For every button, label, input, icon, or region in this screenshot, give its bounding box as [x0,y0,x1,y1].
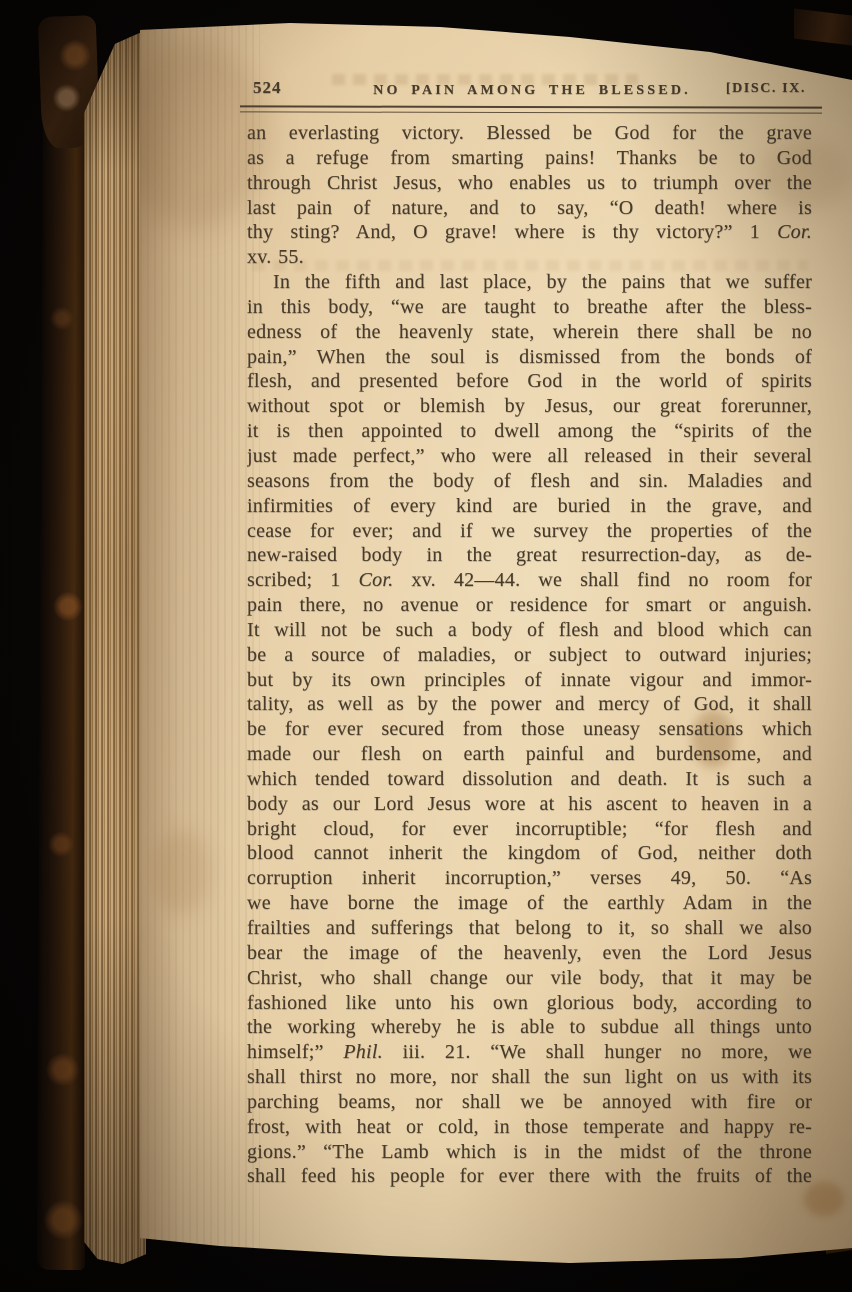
text-line: it is then appointed to dwell among the … [247,419,812,444]
text-line: frost, with heat or cold, in those tempe… [247,1115,812,1140]
text-line: parching beams, nor shall we be annoyed … [247,1090,812,1115]
cover-corner-top-right [794,8,852,45]
text-line: new-raised body in the great resurrectio… [247,543,812,568]
text-line: which tended toward dissolution and deat… [247,767,812,792]
text-line: without spot or blemish by Jesus, our gr… [247,394,812,419]
text-line: made our flesh on earth painful and burd… [247,742,812,767]
page-edge-stack [84,24,146,1264]
text-line: just made perfect,” who were all release… [247,444,812,469]
text-line: It will not be such a body of flesh and … [247,618,812,643]
text-line: be for ever secured from those uneasy se… [247,717,812,742]
text-line: Christ, who shall change our vile body, … [247,966,812,991]
text-line: xv. 55. [247,245,812,270]
text-line: cease for ever; and if we survey the pro… [247,519,812,544]
text-line: shall thirst no more, nor shall the sun … [247,1065,812,1090]
section-reference: [DISC. IX. [726,81,806,97]
text-line: tality, as well as by the power and merc… [247,692,812,717]
text-line: pain,” When the soul is dismissed from t… [247,345,812,370]
text-line: edness of the heavenly state, wherein th… [247,320,812,345]
text-line: an everlasting victory. Blessed be God f… [247,121,812,146]
text-line: flesh, and presented before God in the w… [247,369,812,394]
text-line: as a refuge from smarting pains! Thanks … [247,146,812,171]
text-line: be a source of maladies, or subject to o… [247,643,812,668]
text-line: thy sting? And, O grave! where is thy vi… [247,220,812,245]
text-line: infirmities of every kind are buried in … [247,494,812,519]
text-line: frailties and sufferings that belong to … [247,916,812,941]
text-line: last pain of nature, and to say, “O deat… [247,196,812,221]
book-spine [37,18,92,1270]
text-line: seasons from the body of flesh and sin. … [247,469,812,494]
text-line: pain there, no avenue or residence for s… [247,593,812,618]
text-line: the working whereby he is able to subdue… [247,1015,812,1040]
gutter-shadow [140,20,260,1265]
text-line: blood cannot inherit the kingdom of God,… [247,841,812,866]
text-line: corruption inherit incorruption,” verses… [247,866,812,891]
text-line: bright cloud, for ever incorruptible; “f… [247,817,812,842]
header-rule [240,105,822,113]
text-line: in this body, “we are taught to breathe … [247,295,812,320]
text-line: gions.” “The Lamb which is in the midst … [247,1140,812,1165]
text-line: himself;” Phil. iii. 21. “We shall hunge… [247,1040,812,1065]
book-page: 524 NO PAIN AMONG THE BLESSED. [DISC. IX… [140,20,852,1265]
text-line: we have borne the image of the earthly A… [247,891,812,916]
text-line: fashioned like unto his own glorious bod… [247,991,812,1016]
photo-background: 524 NO PAIN AMONG THE BLESSED. [DISC. IX… [0,0,852,1292]
text-column: an everlasting victory. Blessed be God f… [247,121,812,1189]
text-line: body as our Lord Jesus wore at his ascen… [247,792,812,817]
text-line: shall feed his people for ever there wit… [247,1164,812,1189]
text-line: scribed; 1 Cor. xv. 42—44. we shall find… [247,568,812,593]
text-line: bear the image of the heavenly, even the… [247,941,812,966]
text-line: through Christ Jesus, who enables us to … [247,171,812,196]
text-line: but by its own principles of innate vigo… [247,668,812,693]
text-line: In the fifth and last place, by the pain… [247,270,812,295]
